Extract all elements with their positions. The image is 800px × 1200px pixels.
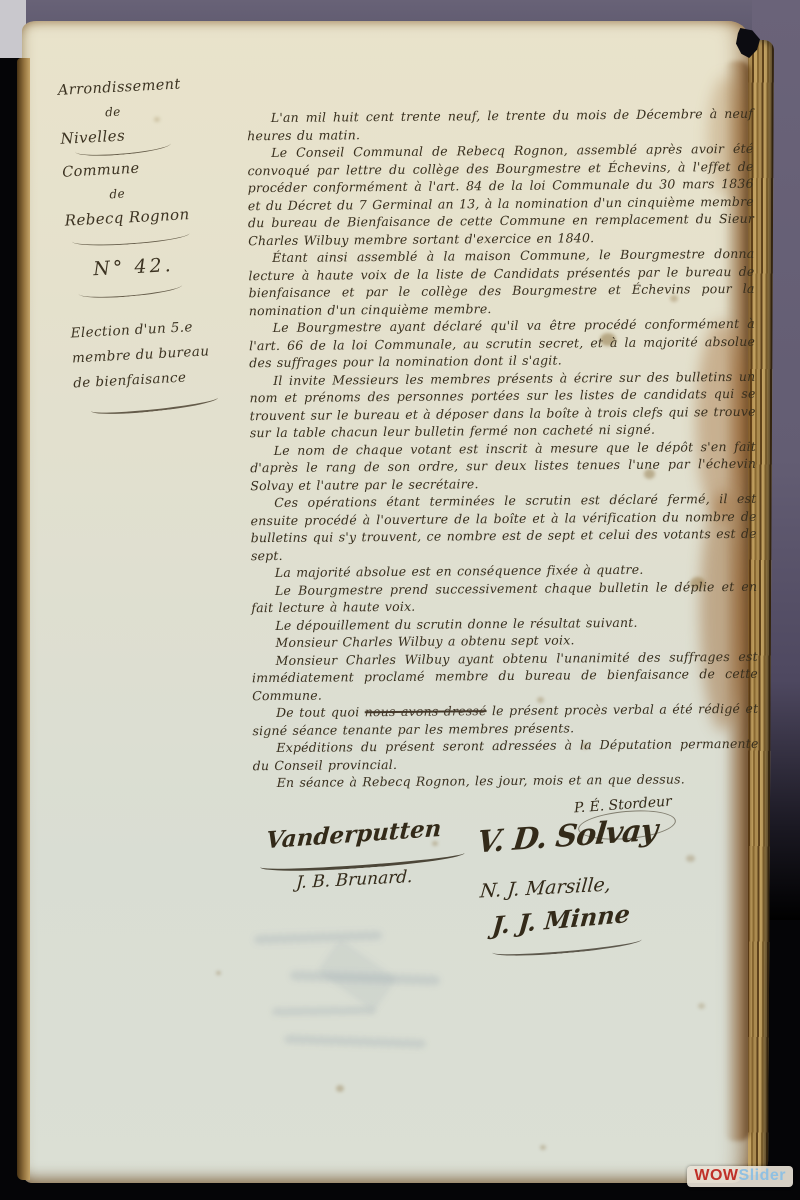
act-paragraph: L'an mil huit cent trente neuf, le trent…: [247, 105, 753, 144]
act-paragraph-with-correction: De tout quoi nous avons dressé le présen…: [252, 700, 758, 739]
flourish-line: [90, 394, 218, 418]
stain-spot: [216, 971, 221, 975]
photographed-register-page: Arrondissement de Nivelles Commune de Re…: [0, 0, 800, 1200]
act-text: De tout quoi: [276, 704, 359, 720]
stain-spot: [698, 1003, 705, 1009]
act-paragraph: Le Bourgmestre prend successivement chaq…: [251, 577, 757, 616]
flourish-line: [72, 230, 190, 248]
stain-spot: [336, 1085, 344, 1092]
struck-through-words: nous avons dressé: [365, 703, 487, 719]
act-paragraph: Expéditions du présent seront adressées …: [253, 735, 759, 774]
act-paragraph: Ces opérations étant terminées le scruti…: [250, 490, 757, 564]
ink-showthrough: [317, 939, 397, 1012]
stain-spot: [686, 855, 695, 862]
wowslider-watermark[interactable]: WOWSlider: [687, 1166, 793, 1187]
signature-solvay: V. D. Solvay: [475, 813, 658, 861]
manuscript-page: Arrondissement de Nivelles Commune de Re…: [22, 21, 748, 1183]
ink-showthrough: [254, 931, 382, 944]
margin-act-number: N° 42.: [66, 244, 246, 287]
watermark-wow-text: WOW: [694, 1167, 738, 1184]
act-paragraph: Il invite Messieurs les membres présents…: [249, 367, 756, 441]
act-paragraph: Le Bourgmestre ayant déclaré qu'il va êt…: [249, 315, 755, 372]
act-paragraph: Étant ainsi assemblé à la maison Commune…: [248, 245, 755, 319]
act-paragraph: Le Conseil Communal de Rebecq Rognon, as…: [247, 140, 754, 249]
book-binding-edge: [17, 58, 30, 1180]
stain-spot: [540, 1145, 546, 1150]
act-paragraph: Monsieur Charles Wilbuy ayant obtenu l'u…: [252, 647, 758, 704]
signature-vanderputten: Vanderputten: [265, 815, 442, 854]
signature-flourish: [492, 936, 642, 959]
signature-marsille: N. J. Marsille,: [479, 874, 612, 903]
act-body-text: L'an mil huit cent trente neuf, le trent…: [247, 105, 759, 792]
act-paragraph: Le nom de chaque votant est inscrit à me…: [250, 437, 756, 494]
margin-annotation: Arrondissement de Nivelles Commune de Re…: [57, 69, 252, 416]
act-paragraph: En séance à Rebecq Rognon, les jour, moi…: [253, 770, 759, 792]
signature-brunard: J. B. Brunard.: [296, 867, 414, 893]
ink-showthrough: [284, 1035, 426, 1049]
watermark-slider-text: Slider: [739, 1167, 786, 1184]
signature-minne: J. J. Minne: [491, 899, 631, 940]
ink-showthrough: [272, 1006, 376, 1016]
